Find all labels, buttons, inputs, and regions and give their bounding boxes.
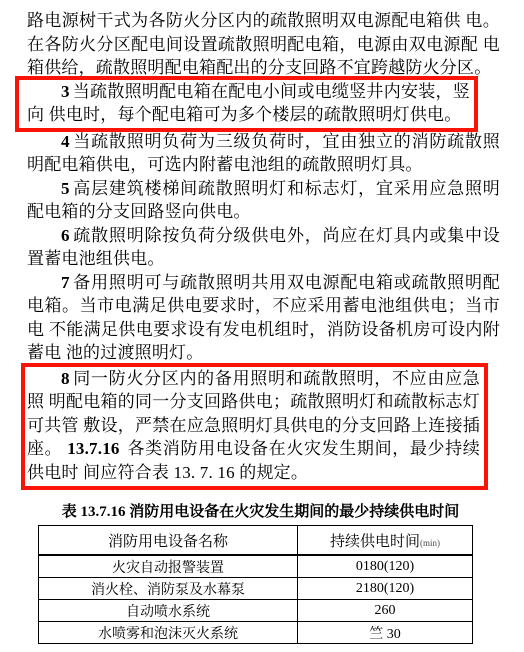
header-device-name: 消防用电设备名称 [39,526,298,556]
bold-clause-number: 13.7.16 [67,439,119,458]
paragraph: 3当疏散照明配电箱在配电小间或电缆竖井内安装，竖向 供电时，每个配电箱可为多个楼… [27,80,470,127]
text-run: 疏散照明除按负荷分级供电外，尚应在灯具内或集中设 置蓄电池组供电。 [27,226,500,269]
document-page: 路电源树干式为各防火分区内的疏散照明双电源配电箱供 电。在各防火分区配电间设置疏… [0,0,524,652]
paragraph: 路电源树干式为各防火分区内的疏散照明双电源配电箱供 电。在各防火分区配电间设置疏… [27,9,500,80]
cell-supply-time: 竺 30 [298,622,473,644]
red-highlight-box: 3当疏散照明配电箱在配电小间或电缆竖井内安装，竖向 供电时，每个配电箱可为多个楼… [15,76,478,132]
header-supply-time-unit: (min) [420,538,440,548]
paragraph: 6疏散照明除按负荷分级供电外，尚应在灯具内或集中设 置蓄电池组供电。 [27,224,500,271]
paragraph: 5高层建筑楼梯间疏散照明灯和标志灯，宜采用应急照明 配电箱的分支回路竖向供电。 [27,177,500,224]
power-supply-duration-table: 消防用电设备名称 持续供电时间(min) 火灾自动报警装置0180(120)消火… [38,525,473,644]
table-row: 自动喷水系统260 [39,600,473,622]
paragraph: 8同一防火分区内的备用照明和疏散照明，不应由应急照 明配电箱的同一分支回路供电；… [27,367,480,485]
text-run: 当疏散照明配电箱在配电小间或电缆竖井内安装，竖向 供电时，每个配电箱可为多个楼层… [27,82,470,125]
cell-device-name: 火灾自动报警装置 [39,555,298,578]
header-supply-time-label: 持续供电时间 [330,534,420,550]
text-run: 备用照明可与疏散照明共用双电源配电箱或疏散照明配 电箱。当市电满足供电要求时，不… [27,273,500,363]
text-run: 当疏散照明负荷为三级负荷时，宜由独立的消防疏散照 明配电箱供电，可选内附蓄电池组… [27,132,500,175]
table-row: 水喷雾和泡沫灭火系统竺 30 [39,622,473,644]
table-title: 表 13.7.16 消防用电设备在火灾发生期间的最少持续供电时间 [27,500,494,521]
document-body: 路电源树干式为各防火分区内的疏散照明双电源配电箱供 电。在各防火分区配电间设置疏… [27,9,500,490]
cell-device-name: 消火栓、消防泵及水幕泵 [39,578,298,600]
text-run: 路电源树干式为各防火分区内的疏散照明双电源配电箱供 电。在各防火分区配电间设置疏… [27,11,500,77]
bold-clause-number: 4 [61,132,70,151]
red-highlight-box: 8同一防火分区内的备用照明和疏散照明，不应由应急照 明配电箱的同一分支回路供电；… [21,363,488,491]
table-row: 消火栓、消防泵及水幕泵2180(120) [39,578,473,600]
bold-clause-number: 8 [61,369,70,388]
cell-device-name: 自动喷水系统 [39,600,298,622]
header-device-name-label: 消防用电设备名称 [108,534,228,550]
paragraph: 4当疏散照明负荷为三级负荷时，宜由独立的消防疏散照 明配电箱供电，可选内附蓄电池… [27,130,500,177]
table-row: 火灾自动报警装置0180(120) [39,555,473,578]
text-run: 高层建筑楼梯间疏散照明灯和标志灯，宜采用应急照明 配电箱的分支回路竖向供电。 [27,179,500,222]
bold-clause-number: 3 [61,82,70,101]
header-supply-time: 持续供电时间(min) [298,526,473,556]
table-header-row: 消防用电设备名称 持续供电时间(min) [39,526,473,556]
cell-device-name: 水喷雾和泡沫灭火系统 [39,622,298,644]
cell-supply-time: 0180(120) [298,555,473,578]
cell-supply-time: 2180(120) [298,578,473,600]
bold-clause-number: 5 [61,179,70,198]
bold-clause-number: 6 [61,226,70,245]
cell-supply-time: 260 [298,600,473,622]
paragraph: 7备用照明可与疏散照明共用双电源配电箱或疏散照明配 电箱。当市电满足供电要求时，… [27,271,500,365]
bold-clause-number: 7 [61,273,70,292]
